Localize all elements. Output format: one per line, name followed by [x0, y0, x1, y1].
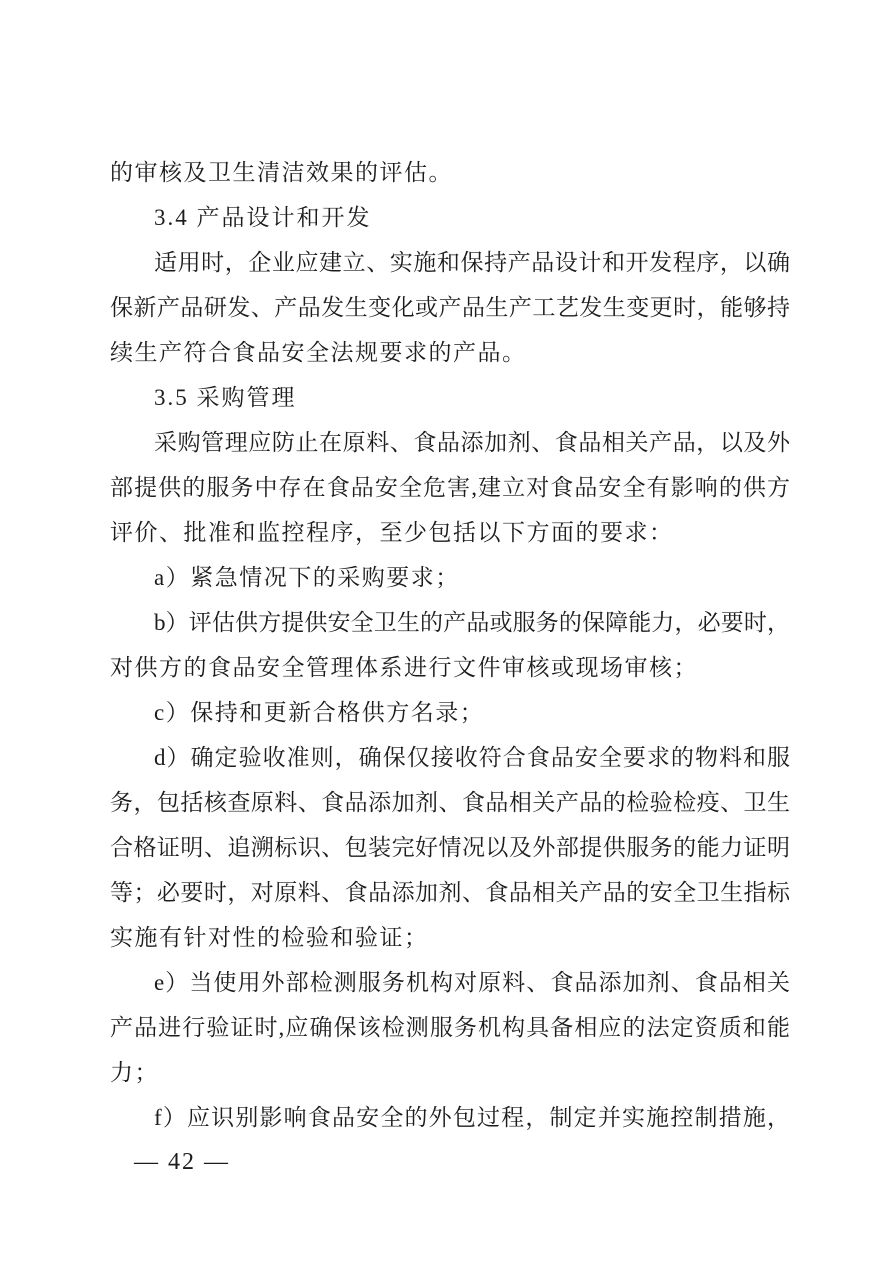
section-heading-3-5: 3.5 采购管理: [110, 375, 790, 420]
list-item-d-line: 等；必要时，对原料、食品添加剂、食品相关产品的安全卫生指标: [110, 870, 790, 915]
list-item-d-line: 务，包括核查原料、食品添加剂、食品相关产品的检验检疫、卫生: [110, 780, 790, 825]
paragraph-line: 评价、批准和监控程序，至少包括以下方面的要求：: [110, 510, 790, 555]
list-item-e-line: 产品进行验证时,应确保该检测服务机构具备相应的法定资质和能: [110, 1005, 790, 1050]
paragraph-line: 续生产符合食品安全法规要求的产品。: [110, 330, 790, 375]
paragraph-line: 部提供的服务中存在食品安全危害,建立对食品安全有影响的供方: [110, 465, 790, 510]
list-item-d-line: 实施有针对性的检验和验证；: [110, 915, 790, 960]
list-item-a-line: a）紧急情况下的采购要求；: [110, 555, 790, 600]
list-item-e-line: 力；: [110, 1050, 790, 1095]
paragraph-line: 适用时，企业应建立、实施和保持产品设计和开发程序，以确: [110, 240, 790, 285]
list-item-f-line: f）应识别影响食品安全的外包过程，制定并实施控制措施，: [110, 1095, 790, 1140]
document-text-block: 的审核及卫生清洁效果的评估。 3.4 产品设计和开发 适用时，企业应建立、实施和…: [110, 150, 790, 1140]
section-heading-3-4: 3.4 产品设计和开发: [110, 195, 790, 240]
list-item-b-line: b）评估供方提供安全卫生的产品或服务的保障能力，必要时，: [110, 600, 790, 645]
paragraph-line: 采购管理应防止在原料、食品添加剂、食品相关产品，以及外: [110, 420, 790, 465]
list-item-b-line: 对供方的食品安全管理体系进行文件审核或现场审核；: [110, 645, 790, 690]
list-item-d-line: d）确定验收准则，确保仅接收符合食品安全要求的物料和服: [110, 735, 790, 780]
paragraph-line: 的审核及卫生清洁效果的评估。: [110, 150, 790, 195]
document-page: 的审核及卫生清洁效果的评估。 3.4 产品设计和开发 适用时，企业应建立、实施和…: [0, 0, 892, 1262]
paragraph-line: 保新产品研发、产品发生变化或产品生产工艺发生变更时，能够持: [110, 285, 790, 330]
list-item-e-line: e）当使用外部检测服务机构对原料、食品添加剂、食品相关: [110, 960, 790, 1005]
list-item-d-line: 合格证明、追溯标识、包装完好情况以及外部提供服务的能力证明: [110, 825, 790, 870]
list-item-c-line: c）保持和更新合格供方名录；: [110, 690, 790, 735]
page-number: — 42 —: [134, 1140, 230, 1185]
